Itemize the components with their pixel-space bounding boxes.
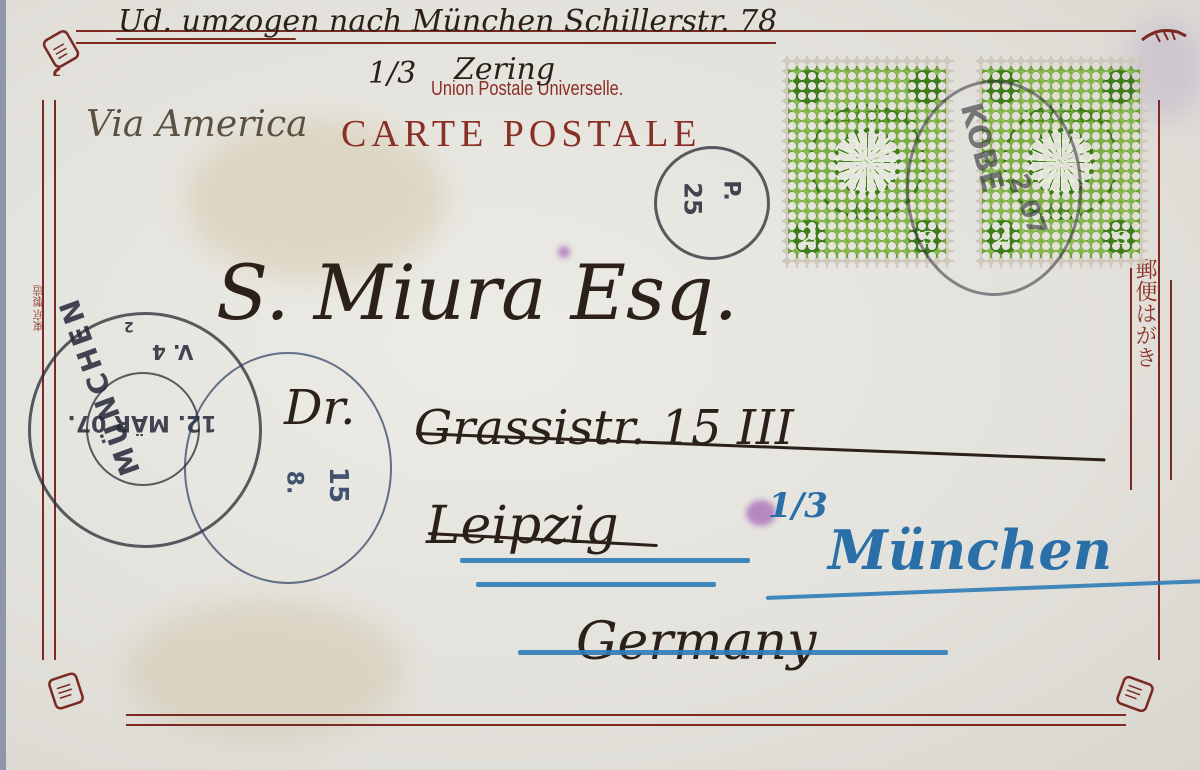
frame-top-inner (76, 42, 776, 44)
addressee-name: S. Miura Esq. (216, 248, 738, 337)
frame-right-inner (1170, 280, 1172, 480)
top-word: Zering (454, 52, 555, 87)
frame-bottom-outer (126, 714, 1126, 716)
japanese-postcard-label: 郵便はがき (1134, 258, 1160, 368)
transit-postmark-letter: P. (719, 180, 744, 200)
forward-underline (766, 579, 1200, 600)
stamp-value-kanji: 貳錢 (850, 199, 876, 218)
munchen-postmark-number: 2 (124, 318, 134, 334)
stamp-inscription: 大日本帝國郵便 (826, 106, 917, 125)
currency-mark: S. (1102, 220, 1136, 254)
secondary-postmark-number: 15 (323, 467, 353, 503)
forward-fraction: 1/3 (768, 486, 828, 526)
stain (126, 600, 406, 740)
emblem-icon (1102, 70, 1136, 104)
emblem-icon (908, 70, 942, 104)
city-blue-line (460, 558, 750, 563)
transit-postmark (654, 146, 770, 260)
country-struck: Germany (576, 612, 816, 672)
country-blue-line (518, 650, 948, 655)
top-note-strike (116, 38, 296, 40)
forward-city: München (828, 518, 1112, 582)
city-blue-line (476, 582, 716, 587)
printer-mark: 東京 製造 (32, 285, 46, 332)
corner-ornament-icon (1112, 672, 1164, 724)
emblem-icon (792, 70, 826, 104)
frame-right-outer (1158, 100, 1160, 660)
top-fraction: 1/3 (368, 56, 416, 91)
via-route-note: Via America (86, 104, 308, 145)
denomination-left: 2 (792, 220, 826, 254)
carte-postale-title: CARTE POSTALE (341, 112, 702, 156)
honorific: Dr. (284, 380, 355, 436)
forwarding-note: Ud. umzogen nach München Schillerstr. 78 (118, 4, 777, 39)
secondary-postmark-date: 8. (281, 471, 306, 495)
transit-postmark-day: 25 (679, 182, 707, 215)
corner-ornament-icon (40, 24, 92, 76)
city-struck: Leipzig (426, 496, 619, 556)
corner-ornament-icon (46, 668, 98, 720)
street-address-struck: Grassistr. 15 III (414, 400, 794, 456)
chrysanthemum-icon (833, 128, 901, 196)
munchen-postmark-time: V. 4 (152, 340, 193, 364)
postcard: Union Postale Universelle. CARTE POSTALE… (6, 0, 1200, 770)
frame-bottom-inner (126, 724, 1126, 726)
